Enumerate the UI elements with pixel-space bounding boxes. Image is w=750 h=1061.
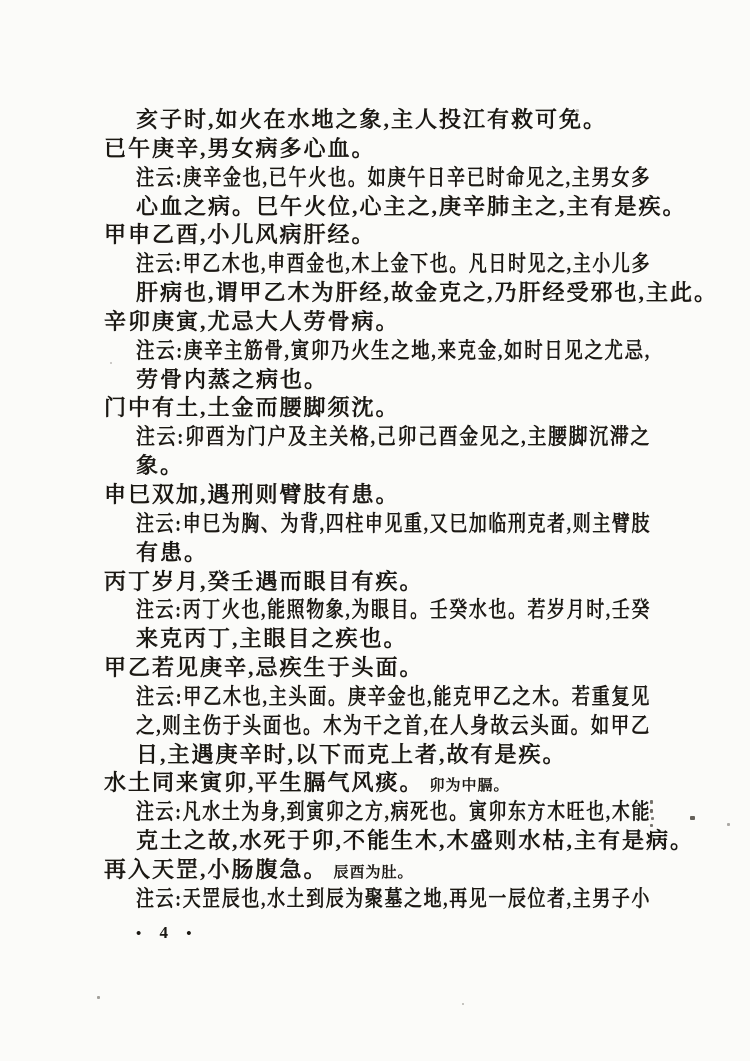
scan-speck — [690, 816, 695, 820]
text-line-content: 注云:甲乙木也,申酉金也,木上金下也。凡日时见之,主小儿多 — [136, 250, 651, 279]
page-number-dot-left: • — [136, 926, 141, 943]
text-line: 象。 — [104, 452, 651, 481]
text-line: 注云:申巳为胸、为背,四柱申见重,又巳加临刑克者,则主臂肢 — [104, 510, 651, 539]
inline-annotation: 卯为中膈。 — [430, 778, 510, 794]
text-line-content: 心血之病。巳午火位,心主之,庚辛肺主之,主有是疾。 — [136, 193, 687, 222]
text-line: 注云:甲乙木也,申酉金也,木上金下也。凡日时见之,主小儿多 — [104, 250, 651, 279]
text-line-content: 来克丙丁,主眼目之疾也。 — [136, 625, 408, 654]
text-line-content: 注云:申巳为胸、为背,四柱申见重,又巳加临刑克者,则主臂肢 — [136, 510, 651, 539]
scan-speck — [110, 362, 112, 364]
text-line-content: 劳骨内蒸之病也。 — [136, 366, 328, 395]
scan-speck — [650, 824, 653, 827]
scan-speck — [650, 800, 653, 804]
page-number: • 4 • — [136, 923, 192, 943]
text-line: 来克丙丁,主眼目之疾也。 — [104, 625, 651, 654]
text-line: 甲乙若见庚辛,忌疾生于头面。 — [104, 654, 651, 683]
text-line: 申巳双加,遇刑则臂肢有患。 — [104, 481, 651, 510]
text-line-content: 门中有土,土金而腰脚须沈。 — [104, 394, 400, 423]
text-line-content: 甲申乙酉,小儿风病肝经。 — [104, 221, 376, 250]
text-line: 注云:天罡辰也,水土到辰为聚墓之地,再见一辰位者,主男子小 — [104, 885, 651, 914]
text-line-content: 注云:凡水土为身,到寅卯之方,病死也。寅卯东方木旺也,木能 — [136, 798, 651, 827]
text-line: 有患。 — [104, 539, 651, 568]
text-line: 注云:庚辛金也,已午火也。如庚午日辛已时命见之,主男女多 — [104, 164, 651, 193]
text-line-content: 注云:丙丁火也,能照物象,为眼目。壬癸水也。若岁月时,壬癸 — [136, 596, 651, 625]
text-line: 之,则主伤于头面也。木为干之首,在人身故云头面。如甲乙 — [104, 712, 651, 741]
text-line-content: 辛卯庚寅,尤忌大人劳骨病。 — [104, 308, 400, 337]
text-line: 辛卯庚寅,尤忌大人劳骨病。 — [104, 308, 651, 337]
text-line: 注云:庚辛主筋骨,寅卯乃火生之地,来克金,如时日见之尤忌, — [104, 337, 651, 366]
text-line-content: 注云:庚辛主筋骨,寅卯乃火生之地,来克金,如时日见之尤忌, — [136, 337, 651, 366]
text-line: 日,主遇庚辛时,以下而克上者,故有是疾。 — [104, 741, 651, 770]
text-line: 注云:甲乙木也,主头面。庚辛金也,能克甲乙之木。若重复见 — [104, 683, 651, 712]
text-line-content: 肝病也,谓甲乙木为肝经,故金克之,乃肝经受邪也,主此。 — [136, 279, 718, 308]
text-line-content: 水土同来寅卯,平生膈气风痰。 — [104, 769, 424, 798]
text-line: 水土同来寅卯,平生膈气风痰。卯为中膈。 — [104, 769, 651, 798]
text-line-content: 日,主遇庚辛时,以下而克上者,故有是疾。 — [136, 741, 567, 770]
text-line-content: 申巳双加,遇刑则臂肢有患。 — [104, 481, 400, 510]
scan-speck — [651, 817, 654, 820]
text-line: 注云:凡水土为身,到寅卯之方,病死也。寅卯东方木旺也,木能 — [104, 798, 651, 827]
text-line-content: 注云:庚辛金也,已午火也。如庚午日辛已时命见之,主男女多 — [136, 164, 651, 193]
text-line-content: 甲乙若见庚辛,忌疾生于头面。 — [104, 654, 424, 683]
text-line: 肝病也,谓甲乙木为肝经,故金克之,乃肝经受邪也,主此。 — [104, 279, 651, 308]
text-line: 劳骨内蒸之病也。 — [104, 366, 651, 395]
scan-speck — [650, 809, 653, 813]
text-line: 已午庚辛,男女病多心血。 — [104, 135, 651, 164]
text-line-content: 亥子时,如火在水地之象,主人投江有救可免。 — [136, 106, 607, 135]
text-line-content: 注云:卯酉为门户及主关格,己卯己酉金见之,主腰脚沉滞之 — [136, 423, 651, 452]
text-line: 甲申乙酉,小儿风病肝经。 — [104, 221, 651, 250]
text-line: 心血之病。巳午火位,心主之,庚辛肺主之,主有是疾。 — [104, 193, 651, 222]
text-line-content: 丙丁岁月,癸壬遇而眼目有疾。 — [104, 568, 424, 597]
scan-speck — [97, 996, 100, 999]
text-line: 注云:丙丁火也,能照物象,为眼目。壬癸水也。若岁月时,壬癸 — [104, 596, 651, 625]
text-line-content: 有患。 — [136, 539, 208, 568]
text-line: 注云:卯酉为门户及主关格,己卯己酉金见之,主腰脚沉滞之 — [104, 423, 651, 452]
text-line-content: 象。 — [136, 452, 184, 481]
text-line: 亥子时,如火在水地之象,主人投江有救可免。 — [104, 106, 651, 135]
text-line-content: 注云:天罡辰也,水土到辰为聚墓之地,再见一辰位者,主男子小 — [136, 885, 651, 914]
page-number-value: 4 — [160, 923, 169, 943]
text-line: 克土之故,水死于卯,不能生木,木盛则水枯,主有是病。 — [104, 827, 651, 856]
scan-speck — [462, 1003, 464, 1005]
page-number-dot-right: • — [186, 926, 191, 943]
scan-speck — [727, 823, 730, 826]
scan-speck — [576, 109, 579, 112]
scanned-page: 亥子时,如火在水地之象,主人投江有救可免。已午庚辛,男女病多心血。注云:庚辛金也… — [0, 0, 750, 1061]
text-line-content: 已午庚辛,男女病多心血。 — [104, 135, 376, 164]
text-line: 再入天罡,小肠腹急。辰酉为肚。 — [104, 856, 651, 885]
text-line-content: 克土之故,水死于卯,不能生木,木盛则水枯,主有是病。 — [136, 827, 694, 856]
text-line-content: 注云:甲乙木也,主头面。庚辛金也,能克甲乙之木。若重复见 — [136, 683, 651, 712]
text-line-content: 之,则主伤于头面也。木为干之首,在人身故云头面。如甲乙 — [136, 712, 651, 741]
text-line: 门中有土,土金而腰脚须沈。 — [104, 394, 651, 423]
inline-annotation: 辰酉为肚。 — [334, 865, 414, 881]
text-line-content: 再入天罡,小肠腹急。 — [104, 856, 328, 885]
text-line: 丙丁岁月,癸壬遇而眼目有疾。 — [104, 568, 651, 597]
document-body: 亥子时,如火在水地之象,主人投江有救可免。已午庚辛,男女病多心血。注云:庚辛金也… — [104, 106, 651, 914]
